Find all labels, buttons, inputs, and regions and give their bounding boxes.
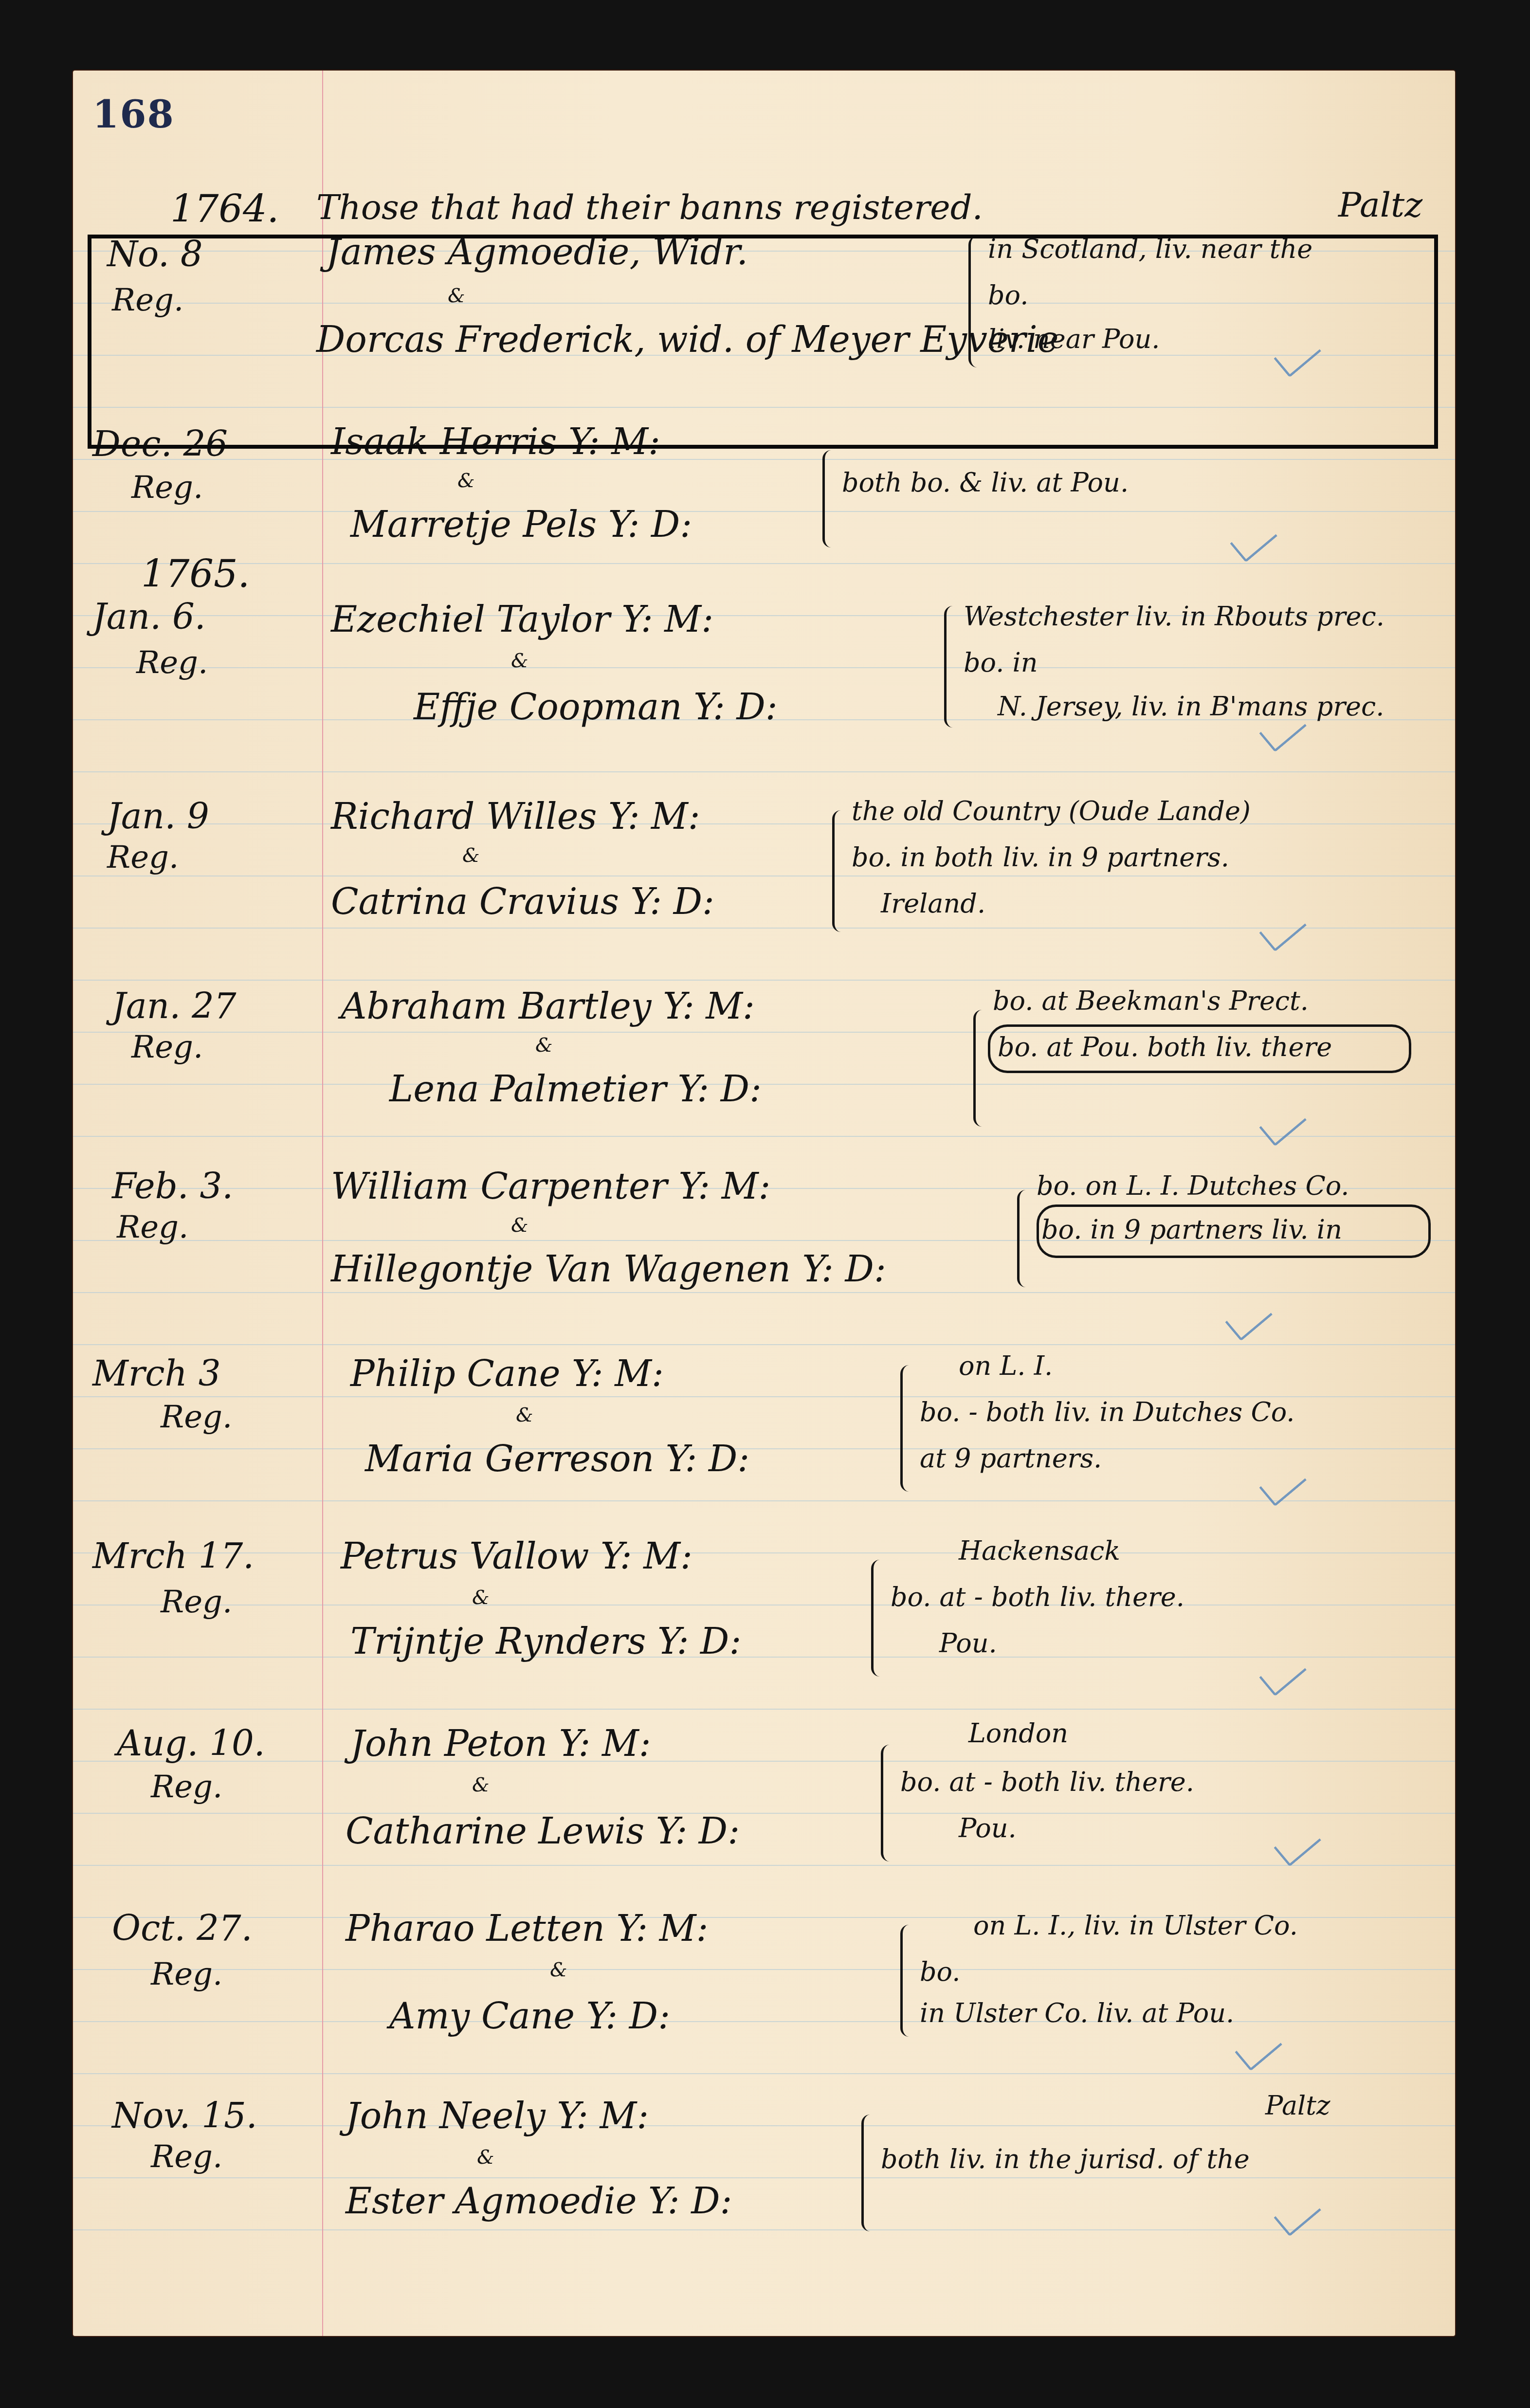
ruled-line <box>73 2177 1455 2178</box>
header-place: Paltz <box>1338 185 1422 225</box>
check-mark-icon <box>1259 1651 1307 1697</box>
entry-status: Reg. <box>131 1029 203 1065</box>
brace <box>871 1560 883 1677</box>
bride-name: Catrina Cravius Y: D: <box>331 881 714 923</box>
ruled-line <box>73 1448 1455 1449</box>
bride-name: Amy Cane Y: D: <box>389 1995 670 2037</box>
entry-date: Jan. 9 <box>107 796 209 837</box>
entry-year: 1765. <box>141 552 250 596</box>
entry-note: in Ulster Co. liv. at Pou. <box>920 1998 1234 2028</box>
ruled-line <box>73 771 1455 772</box>
bride-name: Trijntje Rynders Y: D: <box>350 1621 741 1662</box>
entry-date: Mrch 3 <box>92 1353 221 1394</box>
bride-name: Marretje Pels Y: D: <box>350 504 692 546</box>
bride-name: Hillegontje Van Wagenen Y: D: <box>331 1248 886 1290</box>
brace <box>900 1365 912 1492</box>
entry-note: London <box>968 1718 1068 1749</box>
brace <box>973 1010 985 1127</box>
ruled-line <box>73 1709 1455 1710</box>
ruled-line <box>73 1136 1455 1137</box>
ruled-line <box>73 980 1455 981</box>
entry-status: Reg. <box>136 645 208 681</box>
bride-name: Effje Coopman Y: D: <box>414 686 778 728</box>
ruled-line <box>73 1500 1455 1501</box>
ruled-line <box>73 667 1455 668</box>
brace <box>822 450 835 547</box>
entry-date: Nov. 15. <box>112 2095 257 2136</box>
entry-note: on L. I. <box>959 1350 1053 1381</box>
conjunction: & <box>472 1587 490 1609</box>
entry-note: at 9 partners. <box>920 1443 1102 1474</box>
entry-status: Reg. <box>161 1399 232 1435</box>
check-mark-icon <box>1259 1101 1307 1147</box>
ruled-line <box>73 563 1455 564</box>
ruled-line <box>73 1657 1455 1658</box>
ruled-line <box>73 1084 1455 1085</box>
groom-name: William Carpenter Y: M: <box>331 1166 770 1207</box>
entry-note: bo. in 9 partners liv. in <box>1041 1214 1342 1245</box>
entry-note: Paltz <box>1265 2090 1330 2121</box>
entry-status: Reg. <box>107 839 179 876</box>
entry-note: Pou. <box>939 1628 997 1659</box>
ruled-line <box>73 1865 1455 1866</box>
entry-date: Jan. 6. <box>92 596 206 637</box>
ruled-line <box>73 1761 1455 1762</box>
conjunction: & <box>457 470 475 492</box>
brace <box>832 810 844 932</box>
entry-date: Feb. 3. <box>112 1166 233 1206</box>
ruled-line <box>73 1344 1455 1345</box>
ruled-line <box>73 1813 1455 1814</box>
ruled-line <box>73 2125 1455 2126</box>
entry-note: both bo. & liv. at Pou. <box>842 467 1129 498</box>
check-mark-icon <box>1259 906 1307 952</box>
groom-name: John Neely Y: M: <box>346 2095 649 2137</box>
conjunction: & <box>516 1404 533 1426</box>
entry-note: the old Country (Oude Lande) <box>852 796 1251 826</box>
entry-status: Reg. <box>131 470 203 506</box>
entry-date: Oct. 27. <box>112 1908 253 1949</box>
conjunction: & <box>472 1774 490 1796</box>
check-mark-icon <box>1225 1295 1273 1341</box>
entry-status: Reg. <box>151 1956 222 1992</box>
entry-note: N. Jersey, liv. in B'mans prec. <box>998 691 1384 722</box>
check-mark-icon <box>1235 2025 1282 2071</box>
conjunction: & <box>550 1959 567 1981</box>
header-title: Those that had their banns registered. <box>316 187 983 227</box>
ruled-line <box>73 1605 1455 1605</box>
conjunction: & <box>511 1214 528 1237</box>
entry-status: Reg. <box>161 1584 232 1620</box>
brace <box>861 2115 874 2231</box>
brace <box>944 606 956 728</box>
bride-name: Ester Agmoedie Y: D: <box>346 2180 732 2222</box>
groom-name: Richard Willes Y: M: <box>331 796 700 838</box>
entry-note: bo. at Beekman's Prect. <box>993 985 1309 1016</box>
ruled-line <box>73 876 1455 876</box>
entry-note: on L. I., liv. in Ulster Co. <box>973 1910 1298 1941</box>
groom-name: Abraham Bartley Y: M: <box>341 985 755 1027</box>
ruled-line <box>73 2073 1455 2074</box>
bride-name: Lena Palmetier Y: D: <box>389 1068 762 1110</box>
page-number: 168 <box>92 92 175 137</box>
entry-note: bo. on L. I. Dutches Co. <box>1037 1170 1349 1201</box>
entry-note: bo. at - both liv. there. <box>900 1767 1194 1797</box>
ruled-line <box>73 1969 1455 1970</box>
entry-note: bo. - both liv. in Dutches Co. <box>920 1397 1294 1427</box>
entry-status: Reg. <box>151 2139 222 2175</box>
conjunction: & <box>511 650 528 672</box>
check-mark-icon <box>1274 1821 1321 1867</box>
groom-name: Philip Cane Y: M: <box>350 1353 664 1395</box>
conjunction: & <box>535 1034 553 1057</box>
bride-name: Maria Gerreson Y: D: <box>365 1438 749 1480</box>
header-year: 1764. <box>170 187 279 231</box>
entry-date: Mrch 17. <box>92 1535 254 1576</box>
highlight-box <box>88 235 1438 449</box>
groom-name: Ezechiel Taylor Y: M: <box>331 599 713 640</box>
ruled-line <box>73 1552 1455 1553</box>
ruled-line <box>73 1292 1455 1293</box>
entry-note: bo. in <box>964 647 1038 678</box>
bride-name: Catharine Lewis Y: D: <box>346 1810 740 1852</box>
entry-status: Reg. <box>151 1769 222 1805</box>
ruled-line <box>73 511 1455 512</box>
ruled-line <box>73 2021 1455 2022</box>
entry-note: Ireland. <box>881 888 985 919</box>
entry-date: Aug. 10. <box>117 1723 265 1764</box>
brace <box>900 1925 912 2037</box>
groom-name: Petrus Vallow Y: M: <box>341 1535 692 1577</box>
entry-note: bo. <box>920 1956 960 1987</box>
check-mark-icon <box>1259 1461 1307 1507</box>
ruled-line <box>73 2229 1455 2230</box>
entry-status: Reg. <box>117 1209 188 1245</box>
entry-note: bo. at - both liv. there. <box>891 1582 1184 1612</box>
entry-note: Pou. <box>959 1813 1017 1843</box>
entry-note: bo. at Pou. both liv. there <box>998 1032 1332 1062</box>
entry-note: bo. in both liv. in 9 partners. <box>852 842 1229 873</box>
entry-date: Jan. 27 <box>112 985 237 1026</box>
entry-note: Hackensack <box>959 1535 1120 1566</box>
conjunction: & <box>462 844 480 867</box>
groom-name: John Peton Y: M: <box>350 1723 651 1765</box>
groom-name: Pharao Letten Y: M: <box>346 1908 708 1950</box>
conjunction: & <box>477 2146 494 2169</box>
entry-note: Westchester liv. in Rbouts prec. <box>964 601 1384 632</box>
ruled-line <box>73 928 1455 929</box>
brace <box>881 1745 893 1861</box>
entry-note: both liv. in the jurisd. of the <box>881 2144 1250 2174</box>
ruled-line <box>73 459 1455 460</box>
brace <box>1017 1190 1029 1287</box>
check-mark-icon <box>1230 517 1277 563</box>
